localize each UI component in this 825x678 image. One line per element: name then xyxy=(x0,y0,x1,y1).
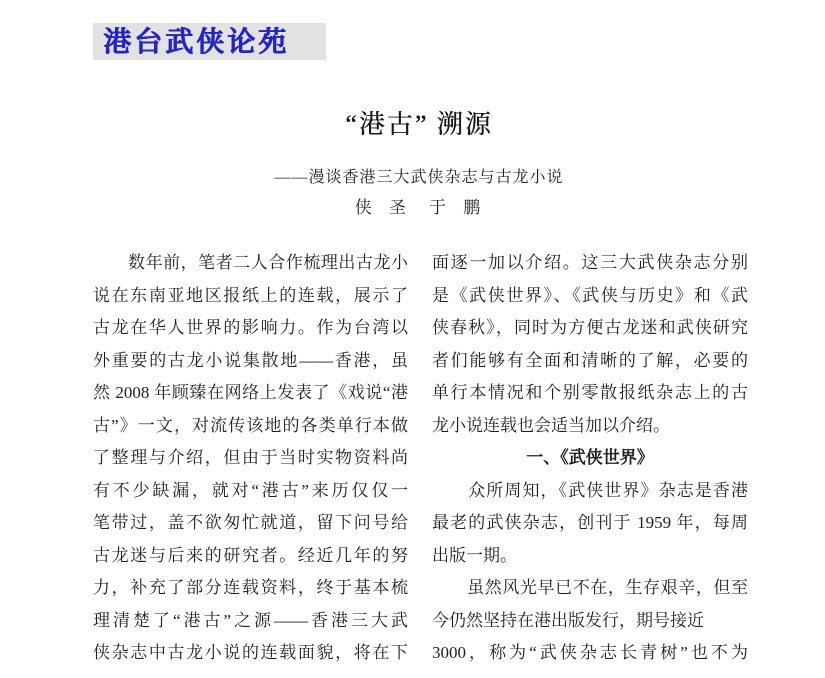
article-byline: 侠 圣 于 鹏 xyxy=(90,193,748,218)
text-line: 力，补充了部分连载资料，终于基本梳 xyxy=(93,572,408,605)
text-line: 理清楚了“港古”之源——香港三大武 xyxy=(93,605,408,638)
text-line: 今仍然坚持在港出版发行，期号接近 xyxy=(432,605,748,638)
text-line: 出版一期。 xyxy=(432,540,748,573)
text-column-right: 面逐一加以介绍。这三大武侠杂志分别是《武侠世界》、《武侠与历史》和《武侠春秋》，… xyxy=(432,247,748,670)
text-line: 3000，称为“武侠杂志长青树”也不为 xyxy=(432,637,748,670)
text-line: 龙小说连载也会适当加以介绍。 xyxy=(432,410,748,443)
article-subtitle: ——漫谈香港三大武侠杂志与古龙小说 xyxy=(90,164,748,187)
article-title: “港古” 溯源 xyxy=(90,104,748,141)
text-line: 单行本情况和个别零散报纸杂志上的古 xyxy=(432,377,748,410)
text-column-left: 数年前，笔者二人合作梳理出古龙小说在东南亚地区报纸上的连载，展示了古龙在华人世界… xyxy=(93,247,408,670)
magazine-page: 港台武侠论苑 “港古” 溯源 ——漫谈香港三大武侠杂志与古龙小说 侠 圣 于 鹏… xyxy=(0,0,825,678)
column-header-banner: 港台武侠论苑 xyxy=(93,23,326,60)
text-line: 古”》一文，对流传该地的各类单行本做 xyxy=(93,410,408,443)
text-line: 笔带过，盖不欲匆忙就道，留下问号给 xyxy=(93,507,408,540)
text-line: 古龙迷与后来的研究者。经近几年的努 xyxy=(93,540,408,573)
text-line: 古龙在华人世界的影响力。作为台湾以 xyxy=(93,312,408,345)
text-line: 最老的武侠杂志，创刊于 1959 年，每周 xyxy=(432,507,748,540)
text-line: 外重要的古龙小说集散地——香港，虽 xyxy=(93,345,408,378)
text-line: 虽然风光早已不在，生存艰辛，但至 xyxy=(432,572,748,605)
section-heading: 一、《武侠世界》 xyxy=(432,442,748,475)
text-line: 侠杂志中古龙小说的连载面貌，将在下 xyxy=(93,637,408,670)
column-header-label: 港台武侠论苑 xyxy=(103,26,289,57)
text-line: 众所周知，《武侠世界》杂志是香港 xyxy=(432,475,748,508)
text-line: 说在东南亚地区报纸上的连载，展示了 xyxy=(93,280,408,313)
text-line: 者们能够有全面和清晰的了解，必要的 xyxy=(432,345,748,378)
text-line: 了整理与介绍，但由于当时实物资料尚 xyxy=(93,442,408,475)
text-line: 数年前，笔者二人合作梳理出古龙小 xyxy=(93,247,408,280)
text-line: 然 2008 年顾臻在网络上发表了《戏说“港 xyxy=(93,377,408,410)
text-line: 侠春秋》，同时为方便古龙迷和武侠研究 xyxy=(432,312,748,345)
text-line: 是《武侠世界》、《武侠与历史》和《武 xyxy=(432,280,748,313)
text-line: 有不少缺漏，就对“港古”来历仅仅一 xyxy=(93,475,408,508)
text-line: 面逐一加以介绍。这三大武侠杂志分别 xyxy=(432,247,748,280)
